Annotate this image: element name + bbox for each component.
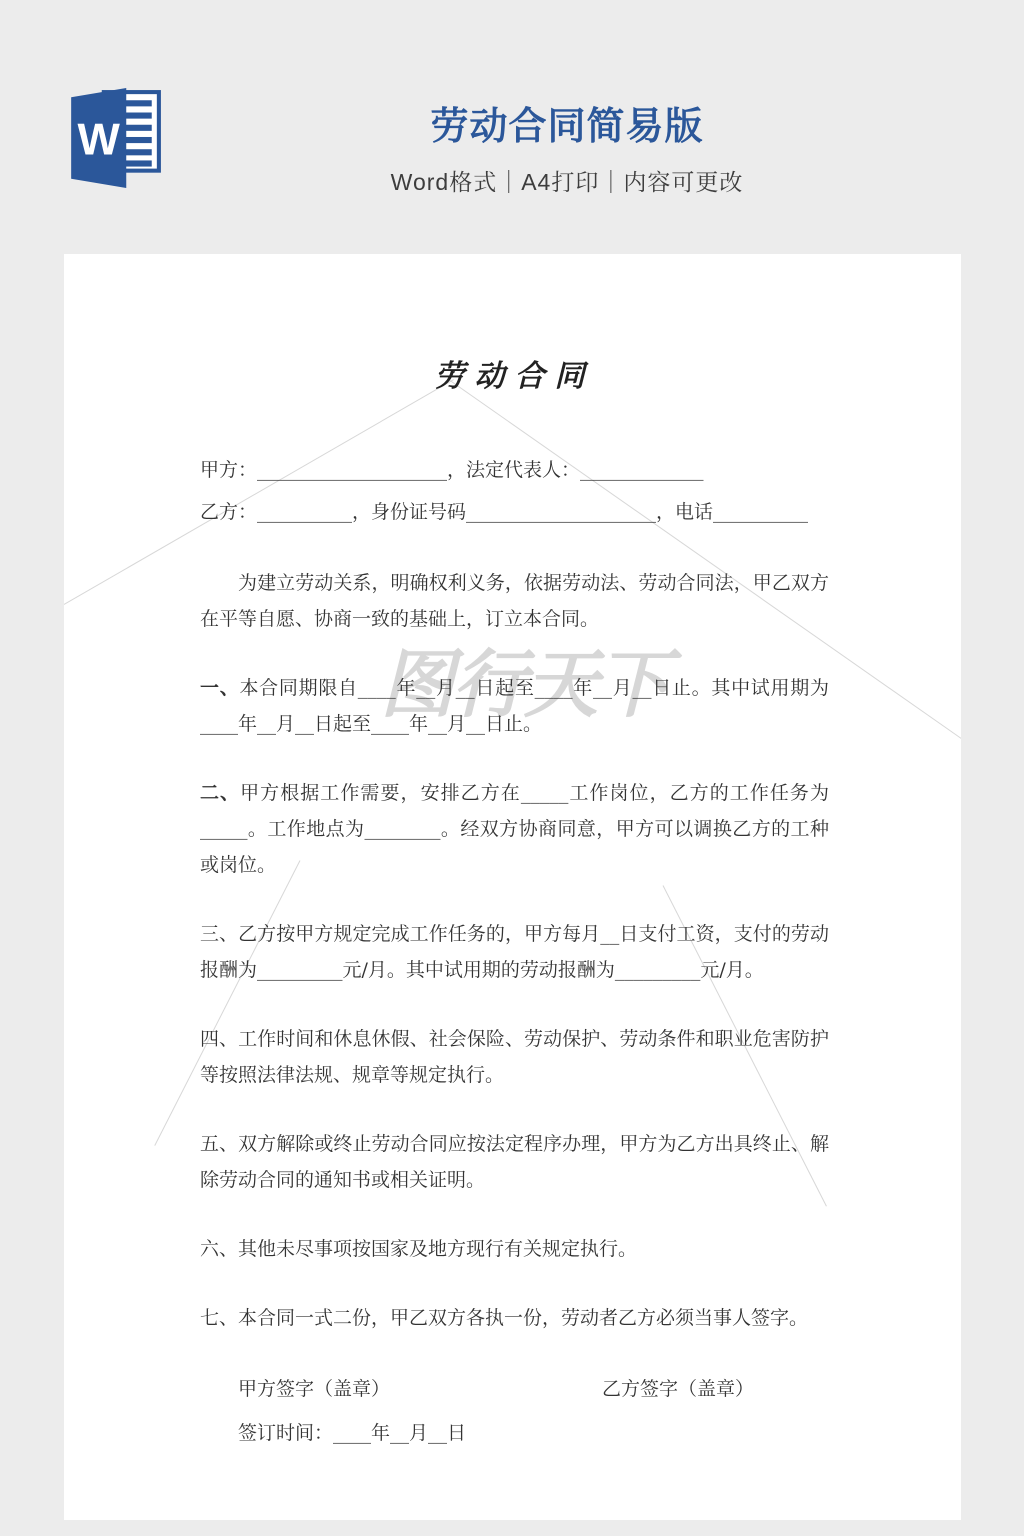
document-content: 劳动合同 甲方：____________________，法定代表人：_____… (64, 254, 961, 1453)
clause-2-number: 二、 (200, 782, 240, 804)
document-page: 图行天下 劳动合同 甲方：____________________，法定代表人：… (64, 254, 961, 1520)
clause-5-text: 双方解除或终止劳动合同应按法定程序办理，甲方为乙方出具终止、解除劳动合同的通知书… (200, 1133, 829, 1191)
signature-row: 甲方签字（盖章） 乙方签字（盖章） (200, 1369, 829, 1409)
clause-7-text: 本合同一式二份，甲乙双方各执一份，劳动者乙方必须当事人签字。 (238, 1307, 808, 1329)
header-text-block: 劳动合同简易版 Word格式｜A4打印｜内容可更改 (110, 95, 1024, 197)
party-b-signature-label: 乙方签字（盖章） (602, 1369, 754, 1409)
party-block: 甲方：____________________，法定代表人：__________… (200, 449, 829, 533)
clause-6-text: 其他未尽事项按国家及地方现行有关规定执行。 (238, 1238, 637, 1260)
party-b-line: 乙方：__________，身份证号码____________________，… (200, 491, 829, 533)
clause-4-text: 工作时间和休息休假、社会保险、劳动保护、劳动条件和职业危害防护等按照法律法规、规… (200, 1028, 829, 1086)
clause-7: 七、本合同一式二份，甲乙双方各执一份，劳动者乙方必须当事人签字。 (200, 1300, 829, 1336)
clause-4: 四、工作时间和休息休假、社会保险、劳动保护、劳动条件和职业危害防护等按照法律法规… (200, 1021, 829, 1093)
clause-1: 一、本合同期限自____年__月__日起至____年__月__日止。其中试用期为… (200, 670, 829, 742)
clause-5: 五、双方解除或终止劳动合同应按法定程序办理，甲方为乙方出具终止、解除劳动合同的通… (200, 1126, 829, 1198)
clause-1-number: 一、 (200, 677, 239, 699)
clause-7-number: 七、 (200, 1307, 238, 1329)
clause-5-number: 五、 (200, 1133, 238, 1155)
page-title: 劳动合同简易版 (110, 95, 1024, 150)
clause-3-number: 三、 (200, 923, 238, 945)
header: W 劳动合同简易版 Word格式｜A4打印｜内容可更改 (0, 0, 1024, 254)
clause-4-number: 四、 (200, 1028, 238, 1050)
clause-3-text: 乙方按甲方规定完成工作任务的，甲方每月__日支付工资，支付的劳动报酬为_____… (200, 923, 829, 981)
signing-date-line: 签订时间：____年__月__日 (238, 1413, 829, 1453)
contract-title: 劳动合同 (200, 357, 829, 397)
clause-6-number: 六、 (200, 1238, 238, 1260)
clause-2-text: 甲方根据工作需要，安排乙方在_____工作岗位，乙方的工作任务为_____。工作… (200, 782, 829, 876)
party-a-line: 甲方：____________________，法定代表人：__________… (200, 449, 829, 491)
clause-2: 二、甲方根据工作需要，安排乙方在_____工作岗位，乙方的工作任务为_____。… (200, 775, 829, 883)
clause-3: 三、乙方按甲方规定完成工作任务的，甲方每月__日支付工资，支付的劳动报酬为___… (200, 916, 829, 988)
page-subtitle: Word格式｜A4打印｜内容可更改 (110, 164, 1024, 197)
clause-6: 六、其他未尽事项按国家及地方现行有关规定执行。 (200, 1231, 829, 1267)
party-a-signature-label: 甲方签字（盖章） (238, 1369, 390, 1409)
clause-1-text: 本合同期限自____年__月__日起至____年__月__日止。其中试用期为__… (200, 677, 829, 735)
preamble: 为建立劳动关系，明确权利义务，依据劳动法、劳动合同法，甲乙双方在平等自愿、协商一… (200, 565, 829, 637)
